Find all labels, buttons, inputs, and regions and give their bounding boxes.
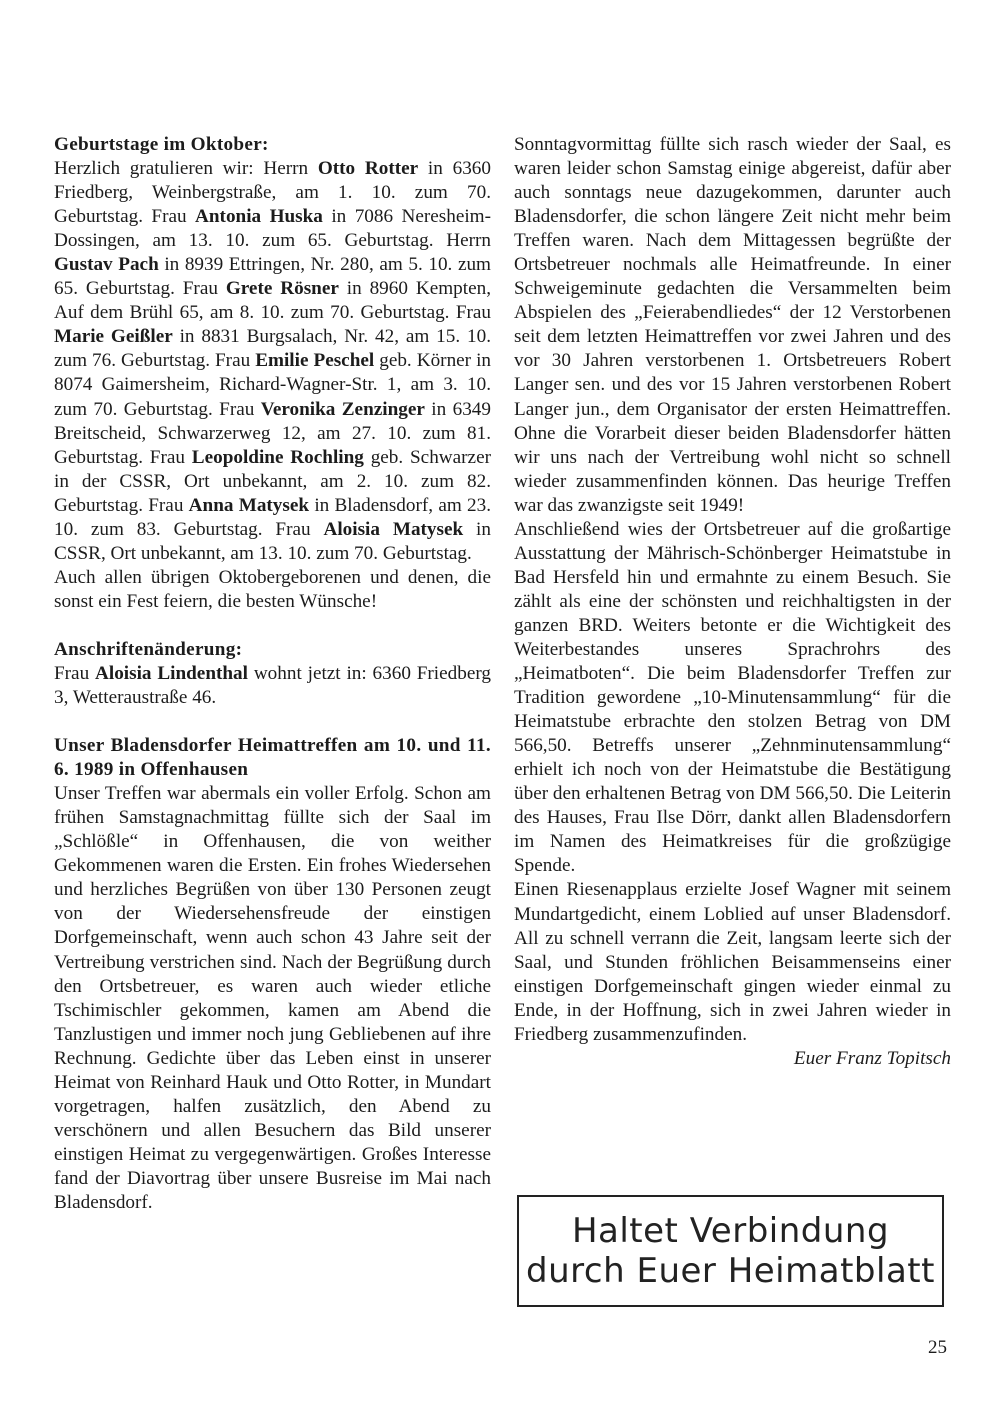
birthday-person-name: Gustav Pach bbox=[54, 254, 159, 275]
banner-line-2: durch Euer Heimatblatt bbox=[526, 1251, 935, 1291]
birthday-person-name: Otto Rotter bbox=[318, 158, 418, 179]
birthdays-section: Geburtstage im Oktober: Herzlich gratuli… bbox=[54, 133, 491, 614]
meeting-body: Unser Treffen war abermals ein voller Er… bbox=[54, 782, 491, 1215]
right-paragraph-3: Einen Riesenapplaus erzielte Josef Wagne… bbox=[514, 878, 951, 1046]
birthday-person-name: Grete Rösner bbox=[226, 278, 339, 299]
address-change-text: Frau Aloisia Lindenthal wohnt jetzt in: … bbox=[54, 662, 491, 710]
address-change-heading: Anschriftenänderung: bbox=[54, 638, 491, 662]
birthdays-closing: Auch allen übrigen Oktobergeborenen und … bbox=[54, 566, 491, 614]
birthdays-list: Herzlich gratulieren wir: Herrn Otto Rot… bbox=[54, 157, 491, 566]
birthday-person-name: Emilie Peschel bbox=[255, 350, 374, 371]
address-person-name: Aloisia Lindenthal bbox=[95, 663, 248, 684]
spacer bbox=[54, 614, 491, 638]
author-signature: Euer Franz Topitsch bbox=[514, 1047, 951, 1071]
right-paragraph-2: Anschließend wies der Ortsbetreuer auf d… bbox=[514, 518, 951, 879]
keep-in-touch-banner: Haltet Verbindung durch Euer Heimatblatt bbox=[517, 1195, 944, 1307]
left-column: Geburtstage im Oktober: Herzlich gratuli… bbox=[54, 133, 491, 1215]
birthdays-seg: Herzlich gratulieren wir: Herrn bbox=[54, 158, 318, 179]
birthday-person-name: Anna Matysek bbox=[189, 495, 309, 516]
birthday-person-name: Aloisia Matysek bbox=[323, 519, 463, 540]
address-prefix: Frau bbox=[54, 663, 95, 684]
address-change-section: Anschriftenänderung: Frau Aloisia Linden… bbox=[54, 638, 491, 710]
banner-line-1: Haltet Verbindung bbox=[572, 1211, 889, 1251]
spacer bbox=[54, 710, 491, 734]
birthday-person-name: Veronika Zenzinger bbox=[261, 399, 425, 420]
birthday-person-name: Marie Geißler bbox=[54, 326, 173, 347]
right-paragraph-1: Sonntagvormittag füllte sich rasch wiede… bbox=[514, 133, 951, 518]
page-number: 25 bbox=[928, 1337, 947, 1359]
birthdays-heading: Geburtstage im Oktober: bbox=[54, 133, 491, 157]
meeting-section: Unser Bladensdorfer Heimattreffen am 10.… bbox=[54, 734, 491, 1215]
right-column: Sonntagvormittag füllte sich rasch wiede… bbox=[514, 133, 951, 1071]
birthday-person-name: Antonia Huska bbox=[195, 206, 323, 227]
meeting-heading: Unser Bladensdorfer Heimattreffen am 10.… bbox=[54, 734, 491, 782]
birthday-person-name: Leopoldine Rochling bbox=[192, 447, 364, 468]
